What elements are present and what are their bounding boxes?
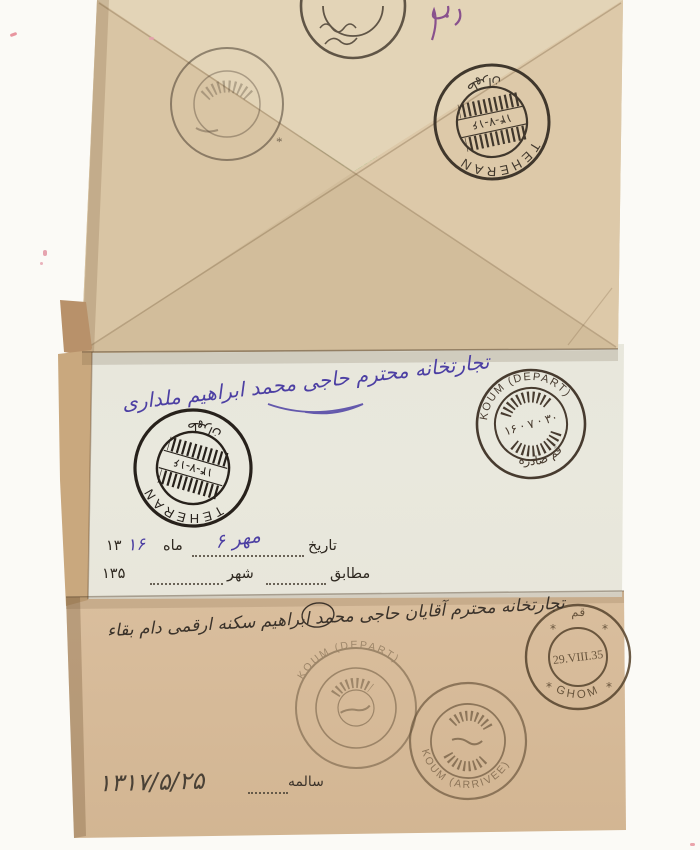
stamp-denomination: ۳۰ (310, 156, 319, 165)
form-dotted-line (150, 581, 223, 585)
scan-speck (10, 32, 18, 37)
form-year-printed: ۱۳ (106, 538, 122, 554)
handwritten-date: ۱۳۱۷/۵/۲۵ (98, 767, 205, 798)
scan-speck (149, 37, 154, 40)
form-date-label: تاریخ (308, 538, 337, 554)
scan-speck (690, 843, 695, 846)
form-year2-printed: ۱۳۵ (102, 566, 125, 582)
postage-stamp: ۳۰ (294, 60, 378, 174)
form-year-handwritten: ۱۶ (126, 534, 146, 556)
form-city-label: شهر (227, 566, 254, 582)
form-dotted-line (248, 790, 288, 794)
stamp-portrait-graphic: ۳۰ (294, 60, 378, 174)
scan-speck (43, 250, 47, 256)
saleh-label: سالمه (288, 774, 324, 790)
form-month-label: ماه (163, 538, 183, 554)
form-dotted-line (192, 553, 304, 557)
scanned-covers-image: ۳۰ (0, 0, 700, 850)
form-match-label: مطابق (330, 566, 370, 582)
scan-speck (40, 262, 43, 265)
form-dotted-line (266, 581, 326, 585)
